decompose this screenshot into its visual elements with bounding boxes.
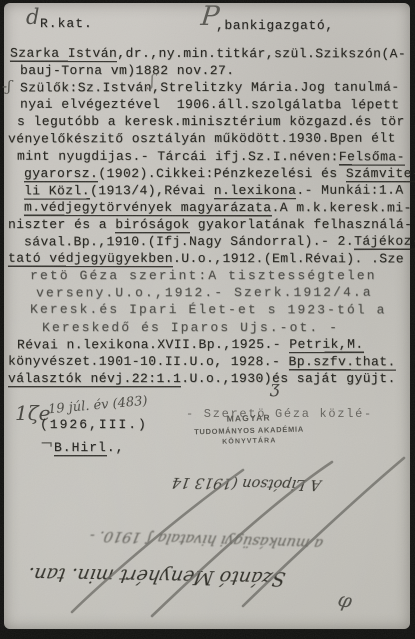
typed-line: mint nyugdijas.- Tárcái ifj.Sz.I.néven:F…	[8, 147, 406, 165]
handwritten-check-mark: d	[26, 5, 39, 29]
typed-text: (1913/4),Révai	[90, 183, 214, 198]
underlined-text: Számvite-	[346, 166, 415, 181]
journal-title-suffix: .,	[107, 440, 125, 455]
typed-line: retö Géza szerint:A tisztességtelen	[8, 267, 406, 284]
handwritten-volume-note: 19 júl. év (483)	[48, 394, 149, 418]
typed-line: választók névj.22:1.1.U.o.,1930)és saját…	[8, 370, 406, 387]
typed-text: retö Géza szerint:A tisztességtelen	[30, 268, 377, 283]
underlined-text: biróságok	[115, 217, 189, 232]
flourish-under-text: ʒ	[270, 378, 280, 398]
inverted-handwritten-note: Szántó Menyhért min. tan.	[26, 563, 287, 589]
typed-line: sával.Bp.,1910.(Ifj.Nagy Sándorral).- 2.…	[8, 233, 406, 251]
photographed-card-frame: d R.kat. P ,bankigazgató, Szarka István,…	[0, 0, 415, 639]
typed-text: gyakorlatának felhasználá-	[190, 217, 413, 232]
underlined-text: Szarka István	[10, 46, 117, 61]
underlined-text: gyarorsz.	[24, 166, 98, 181]
typed-text: mint nyugdijas.- Tárcái ifj.Sz.I.néven:	[17, 148, 339, 164]
underlined-text: Bp.szfv.that.	[289, 354, 396, 369]
stamp-line-3: KÖNYVTÁRA	[185, 436, 313, 446]
occupation-label: ,bankigazgató,	[216, 18, 334, 33]
typed-text: verseny.U.o.,1912.- Szerk.1912/4.a	[36, 285, 373, 301]
typed-line: nyai elvégeztével 1906.áll.szolgálatba l…	[8, 96, 406, 114]
typed-line: Révai n.lexikona.XVII.Bp.,1925.- Petrik,…	[8, 335, 406, 353]
typed-line: verseny.U.o.,1912.- Szerk.1912/4.a	[8, 284, 406, 302]
typed-text: ,dr.,ny.min.titkár,szül.Szikszón(A-	[117, 46, 406, 62]
handwritten-bracket-mark: ⌐	[40, 434, 53, 453]
catalog-card: d R.kat. P ,bankigazgató, Szarka István,…	[4, 3, 410, 629]
typed-text: vényelőkészitő osztályán működött.1930.B…	[8, 131, 396, 147]
typed-text: .A m.k.keresk.mi-	[272, 200, 412, 215]
typed-line: Szarka István,dr.,ny.min.titkár,szül.Szi…	[8, 45, 406, 63]
inverted-handwritten-note: A Lipótson (1913 14	[171, 474, 322, 493]
library-stamp: MAGYAR TUDOMÁNYOS AKADÉMIA KÖNYVTÁRA	[185, 411, 314, 446]
bottom-pencil-mark: φ	[336, 587, 355, 613]
typed-text: Keresk.és Ipari Élet-et s 1923-tól a	[30, 302, 386, 318]
typed-text: Révai n.lexikona.XVII.Bp.,1925.-	[17, 336, 289, 352]
citation-date: (1926,III.)	[40, 417, 148, 432]
typed-text: .U.o.,1912.(Eml.Révai). .Sze	[173, 251, 404, 266]
journal-title-underlined: B.Hirl	[54, 440, 107, 455]
stamp-line-2: TUDOMÁNYOS AKADÉMIA	[185, 424, 313, 436]
typed-text: sával.Bp.,1910.(Ifj.Nagy Sándorral).- 2.	[24, 234, 354, 250]
underlined-text: m.védjegytörvények magyarázata	[24, 200, 272, 215]
typed-line: Keresk.és Ipari Élet-et s 1923-tól a	[8, 301, 406, 319]
underlined-text: n.lexikona	[214, 183, 297, 198]
typed-text: .U.o.,1930)és saját gyüjt.	[181, 371, 396, 386]
typed-text: könyvészet.1901-10.II.U.o, 1928.-	[8, 353, 289, 368]
typed-lines: Szarka István,dr.,ny.min.titkár,szül.Szi…	[8, 45, 406, 387]
typed-line: Kereskedő és Iparos Ujs.-ot. -	[8, 319, 406, 336]
underlined-text: Felsőma-	[339, 149, 405, 164]
typed-text: s legutóbb a keresk.minisztérium közgazd…	[17, 114, 415, 129]
underlined-text: tató védjegyügyekben	[8, 251, 173, 266]
inline-pencil-flourish: ʃ	[150, 71, 155, 91]
typed-line: li Közl.(1913/4),Révai n.lexikona.- Munk…	[8, 181, 406, 199]
typed-line: bauj-Torna vm)1882 nov.27.	[8, 62, 406, 79]
inverted-handwritten-note: a munkásügyi hivatala ∫ 1910. -	[88, 527, 324, 551]
typed-line: gyarorsz.(1902).Cikkei:Pénzkezelési és S…	[8, 165, 406, 182]
journal-title: B.Hirl.,	[54, 440, 124, 455]
typed-line: m.védjegytörvények magyarázata.A m.k.ker…	[8, 198, 406, 216]
underlined-text: li Közl.	[24, 183, 90, 198]
typed-line: könyvészet.1901-10.II.U.o, 1928.- Bp.szf…	[8, 352, 406, 370]
underlined-text: Tájékoz-	[354, 234, 415, 249]
typed-line: tató védjegyügyekben.U.o.,1912.(Eml.Réva…	[8, 250, 406, 268]
typed-text: (1902).Cikkei:Pénzkezelési és	[98, 166, 346, 181]
margin-paragraph-mark: -ʃ	[2, 77, 11, 95]
typed-text: bauj-Torna vm)1882 nov.27.	[20, 63, 235, 78]
religion-label: R.kat.	[40, 16, 93, 31]
stamp-line-1: MAGYAR	[185, 411, 313, 424]
typed-text: Kereskedő és Iparos Ujs.-ot. -	[42, 320, 339, 335]
typed-text: niszter és a	[8, 217, 115, 232]
typed-line: s legutóbb a keresk.minisztérium közgazd…	[8, 113, 406, 130]
typed-line: Szülők:Sz.István,Strelitzky Mária.Jog ta…	[8, 79, 406, 97]
underlined-text: választók névj.22:1.1	[8, 371, 181, 386]
typed-text: .- Munkái:1.A	[296, 182, 403, 197]
typed-line: vényelőkészitő osztályán működött.1930.B…	[8, 130, 406, 148]
typed-text: Szülők:Sz.István,Strelitzky Mária.Jog ta…	[20, 80, 400, 96]
underlined-text: Petrik,M.	[289, 336, 363, 351]
typed-line: niszter és a biróságok gyakorlatának fel…	[8, 216, 406, 233]
typed-text: nyai elvégeztével 1906.áll.szolgálatba l…	[20, 97, 400, 113]
